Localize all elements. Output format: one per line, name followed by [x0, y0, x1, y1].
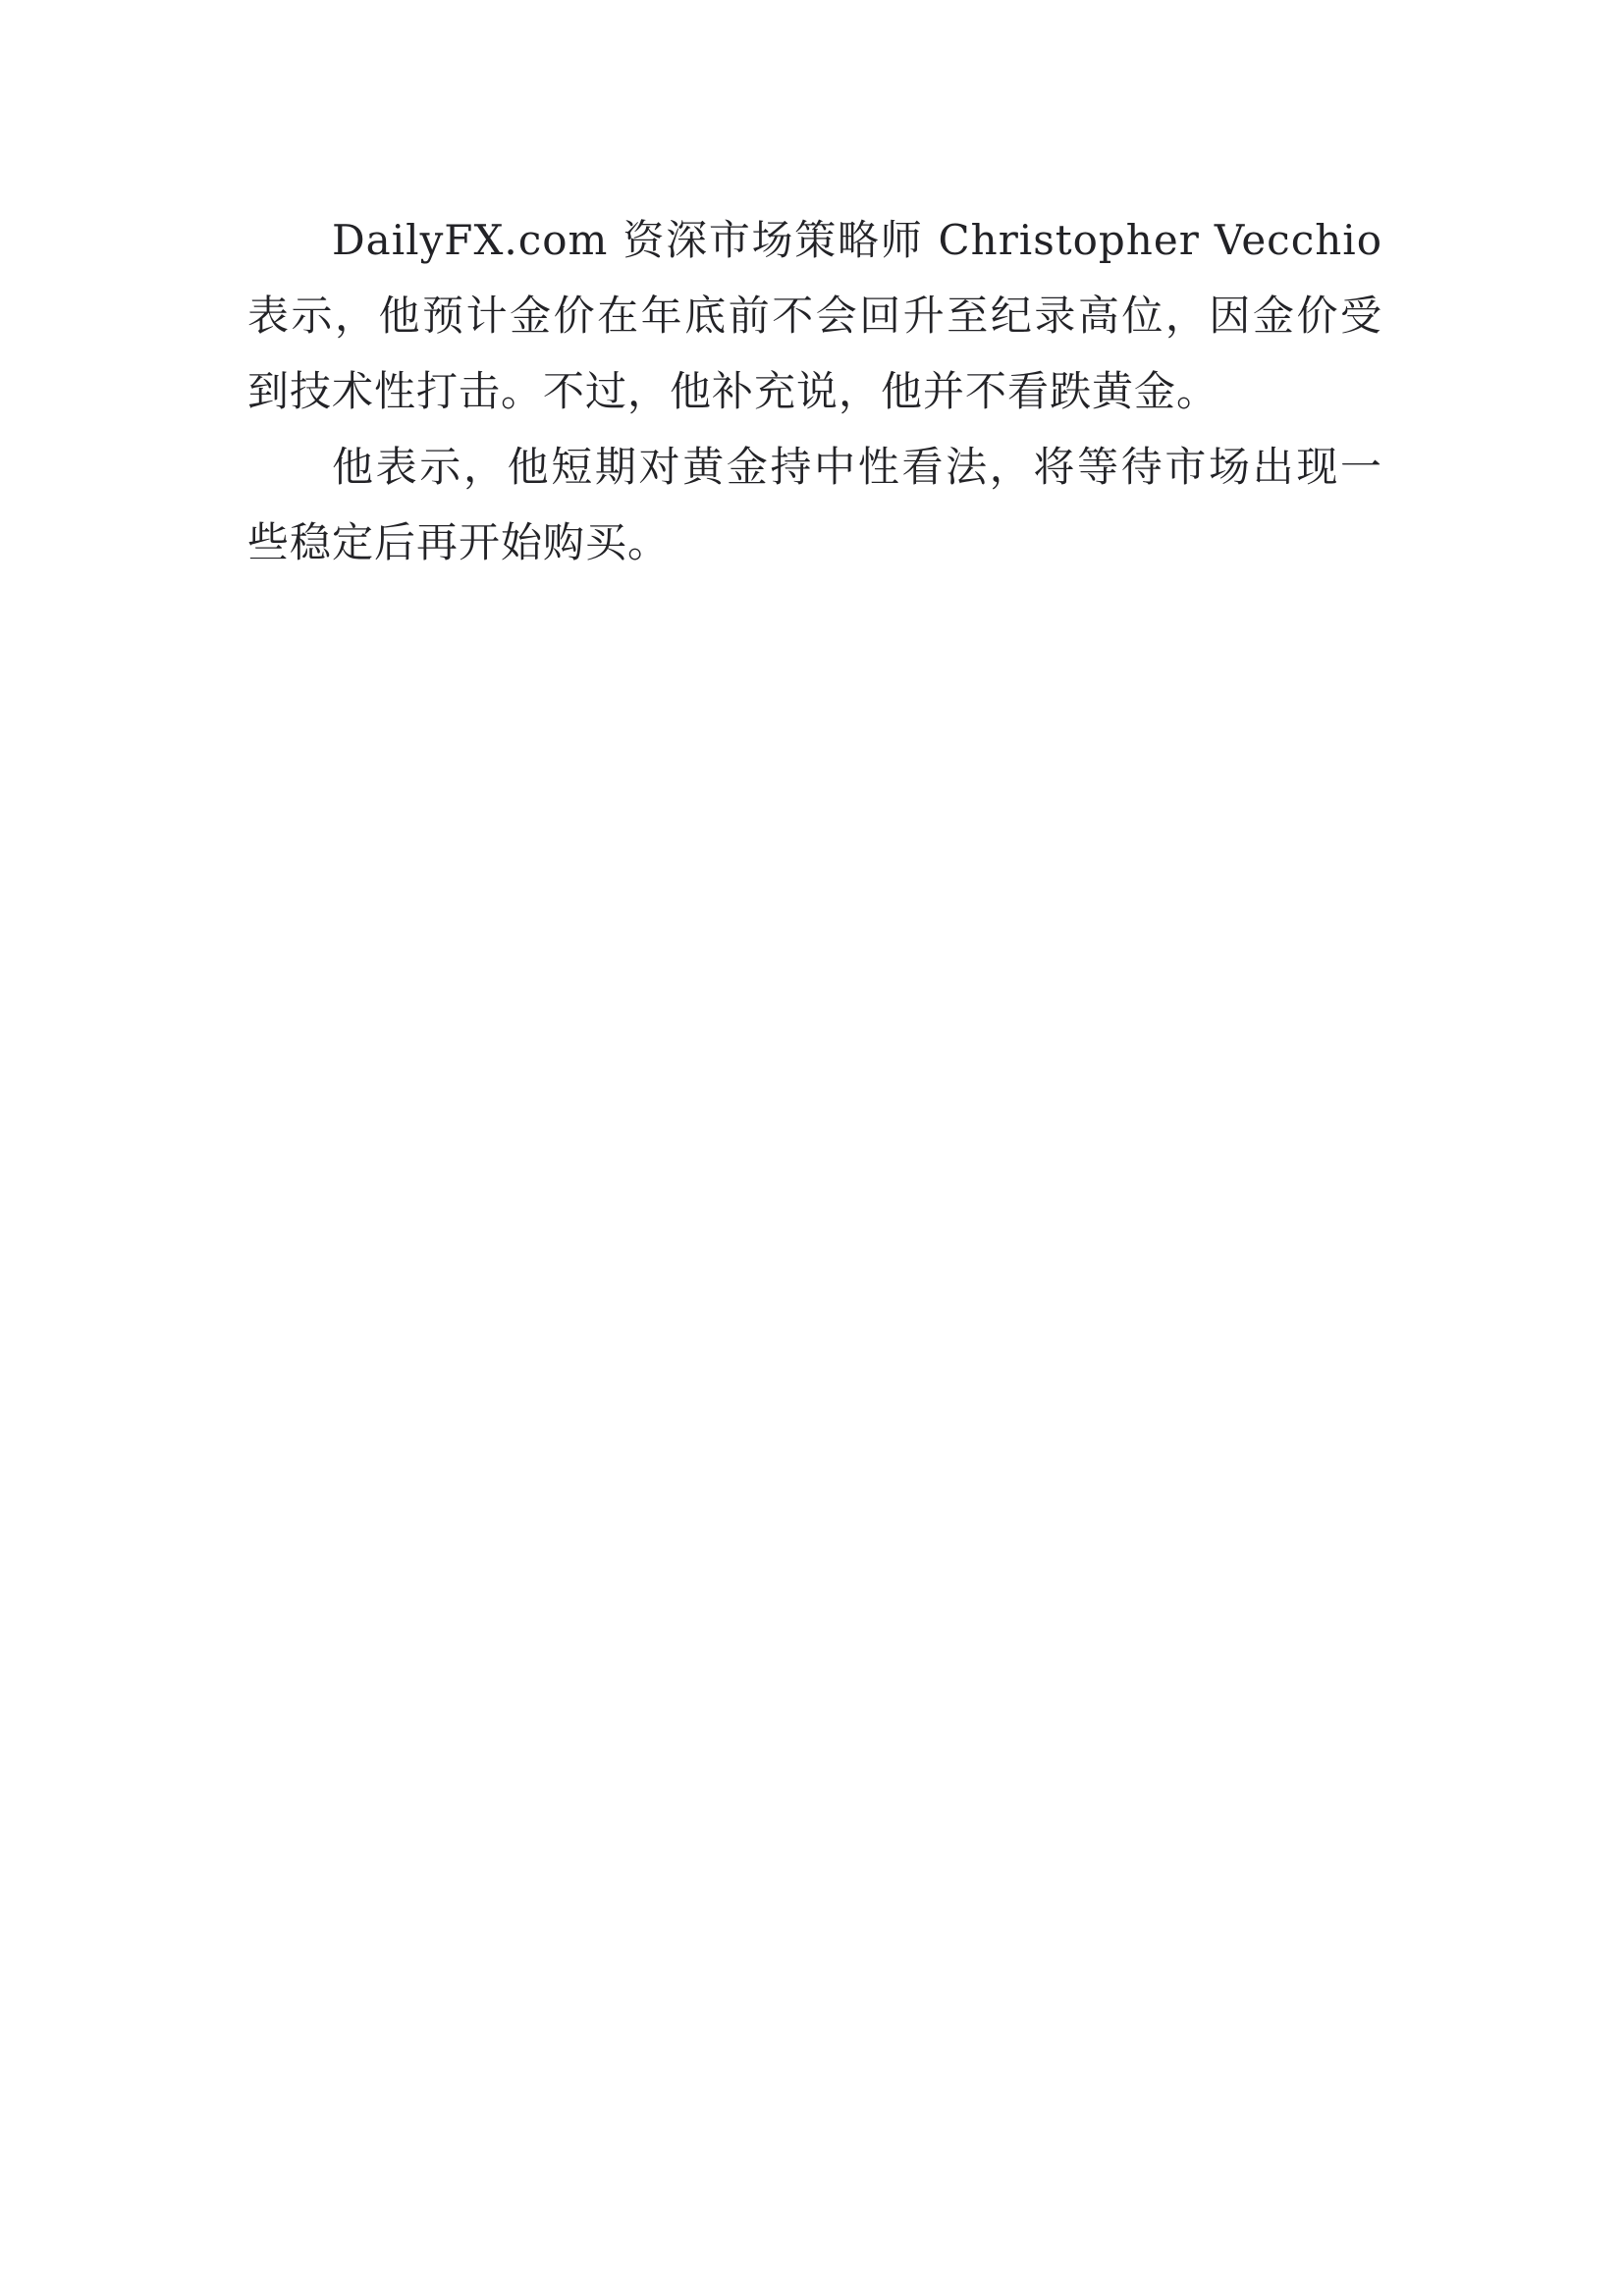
paragraph-1: DailyFX.com 资深市场策略师 Christopher Vecchio … [247, 202, 1382, 429]
text-block: DailyFX.com 资深市场策略师 Christopher Vecchio … [247, 202, 1382, 580]
document-page: DailyFX.com 资深市场策略师 Christopher Vecchio … [0, 0, 1624, 2296]
paragraph-2: 他表示，他短期对黄金持中性看法，将等待市场出现一些稳定后再开始购买。 [247, 429, 1382, 580]
